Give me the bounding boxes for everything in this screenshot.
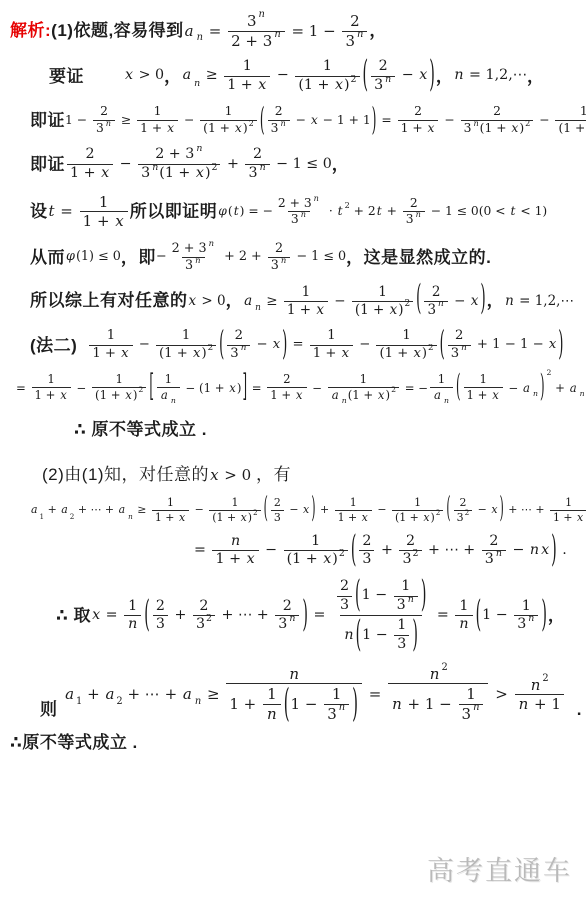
fence-glyph: ( [356, 617, 362, 653]
math-group: an [182, 685, 202, 704]
math-text: 1 − [362, 628, 392, 644]
math-variable: n [429, 666, 441, 683]
fence-content: 1 − 13n [361, 578, 421, 614]
numerator: 1 [357, 372, 370, 387]
fence-glyph: ( [440, 328, 445, 362]
fence-content: 1 − 13n [481, 598, 541, 634]
fraction: 11 + x [284, 284, 328, 319]
math-variable: n [415, 209, 422, 219]
math-variable: x [315, 303, 325, 318]
math-text: 1 [414, 497, 421, 509]
superscript: 2 [464, 509, 470, 516]
superscript: n [459, 344, 468, 353]
math-group: (1 + x)2 [395, 512, 440, 524]
fence-content: 23 + 232 + ⋯ + 23n [150, 598, 303, 634]
numerator: 2 [153, 598, 168, 616]
math-variable: x [377, 389, 386, 402]
math-group: t2 [337, 204, 350, 219]
math-line-12: a1 + a2 + ⋯ + an ≥ 11 + x − 1(1 + x)2(23… [4, 496, 582, 525]
fence-content: 23 − x [268, 496, 311, 525]
superscript: n [193, 256, 201, 264]
math-size-group: φ(t) = −2 + 3n3n · t2 + 2t + 23n − 1 ≤ 0… [217, 196, 547, 228]
math-text: − [115, 156, 136, 174]
math-text: 1 [225, 105, 233, 119]
denominator: n [124, 615, 141, 634]
math-variable: n [527, 613, 535, 624]
math-variable: n [384, 74, 392, 85]
fence-glyph: ( [219, 328, 224, 362]
numerator: 3n [244, 12, 269, 31]
math-group: (1 + x)2 [159, 166, 217, 182]
math-group: 3n [247, 13, 266, 30]
math-text: = [194, 542, 210, 560]
math-text: (1 + [379, 347, 412, 362]
numerator: 1 [399, 328, 413, 345]
numerator: n [227, 533, 244, 551]
math-text: 1 [438, 373, 445, 386]
fence-content: 23n + 1 − 1 − x [445, 328, 559, 362]
math-text: 1 [115, 373, 122, 386]
chinese-text: ， [548, 605, 566, 626]
math-variable: n [529, 542, 540, 560]
math-group: (1 + x)2 [480, 122, 531, 136]
fraction: 3n2 + 3n [228, 12, 285, 50]
math-line-16: ∴原不等式成立 . [4, 732, 582, 753]
math-text: 2 [275, 105, 283, 119]
math-text: 1 − [482, 607, 512, 625]
denominator: 1 + x [335, 510, 372, 525]
math-variable: n [288, 666, 300, 683]
math-text: ≥ [262, 293, 282, 310]
superscript: n [239, 344, 248, 353]
chinese-text: ， [226, 290, 244, 311]
fraction: n1 + 1n(1 − 13n) [226, 665, 362, 725]
fence: (1 − 13n) [476, 598, 547, 634]
fraction: 23n [448, 328, 471, 362]
subscript: 2 [115, 697, 122, 707]
math-group: 3n [263, 33, 282, 50]
math-text: 1 − [65, 113, 91, 128]
math-text: = [364, 685, 386, 704]
fraction: 232 [193, 598, 215, 634]
math-text: 2 [405, 299, 411, 309]
math-text: 3 [406, 213, 414, 227]
math-text: > [490, 685, 512, 704]
fence-content: 23n − x [224, 328, 282, 362]
math-text: 3 [185, 147, 194, 163]
math-text: (1 + [159, 347, 192, 362]
math-text: (1 + [298, 78, 334, 94]
math-variable: n [356, 29, 364, 40]
fraction: 1(1 + x)2 [200, 104, 257, 136]
math-text: − [330, 293, 350, 310]
numerator: 1 [222, 104, 236, 120]
math-text: 1 [360, 373, 367, 386]
superscript: n [471, 119, 479, 127]
subscript: n [253, 304, 262, 313]
math-text: 1 [47, 373, 54, 386]
superscript: 2 [390, 386, 396, 394]
math-group: 3n [374, 78, 392, 94]
subscript: n [169, 397, 177, 405]
math-text: − [261, 542, 282, 560]
math-text: + [82, 685, 104, 704]
denominator: 3n [403, 211, 425, 228]
math-text: 3 [274, 512, 281, 524]
fraction: n2n + 1 [515, 676, 564, 714]
subscript: n [192, 79, 201, 88]
fraction: 23n [482, 533, 506, 569]
subscript: n [531, 390, 539, 398]
math-variable: n [518, 696, 530, 713]
superscript: 2 [211, 163, 218, 172]
superscript: n [471, 703, 480, 713]
math-variable: n [532, 389, 539, 398]
denominator: (1 + x)2 [156, 345, 216, 363]
math-text: 1 [243, 59, 252, 75]
math-group: 3n [248, 166, 266, 182]
math-line-6: 从而φ(1) ≤ 0，即−2 + 3n3n + 2 + 23n − 1 ≤ 0，… [4, 241, 582, 274]
math-text: 3 [485, 552, 494, 568]
math-group: an [331, 389, 348, 402]
fence-content: 23n − x [368, 58, 429, 94]
math-text: 1 + [553, 512, 576, 524]
math-variable: a [104, 685, 115, 704]
denominator: n(1 − 13) [340, 615, 421, 654]
superscript: n [207, 239, 215, 247]
math-group: 3n [485, 552, 503, 568]
math-variable: n [208, 238, 215, 248]
math-variable: n [453, 67, 464, 85]
math-variable: x [540, 542, 550, 560]
chinese-text: ， [436, 66, 454, 87]
fraction: 23(1 − 13n)n(1 − 13) [332, 577, 430, 655]
math-variable: x [491, 389, 500, 402]
fraction: 11 + x [224, 58, 270, 94]
math-text: 1 [167, 497, 174, 509]
math-line-4: 即证21 + x − 2 + 3n3n(1 + x)2 + 23n − 1 ≤ … [4, 146, 582, 182]
math-variable: n [230, 534, 241, 550]
math-text: 1 [323, 59, 332, 75]
math-variable: x [234, 122, 243, 136]
chinese-text: 要证 [49, 66, 84, 87]
math-variable: t [48, 202, 56, 221]
fraction: 1(1 + x)2 [295, 58, 359, 94]
denominator: 3n [324, 704, 349, 724]
fence-content: 1an − (1 + x) [154, 372, 243, 403]
chinese-text: . [577, 699, 582, 720]
fence-glyph: ) [558, 328, 563, 362]
math-text: 2 [391, 385, 396, 394]
denominator: 2 + 3n [228, 31, 285, 51]
math-text: < 1) [516, 204, 547, 219]
math-text: ) = − [240, 204, 273, 219]
math-variable: t [337, 204, 344, 219]
math-text: 2 [547, 368, 552, 377]
superscript: n [287, 614, 296, 623]
math-text: ≥ [117, 113, 135, 128]
numerator: 1 [264, 685, 280, 704]
fraction: 11 + x [335, 496, 372, 525]
subscript: n [126, 513, 134, 520]
fraction: 23n(1 + x)2 [461, 104, 534, 136]
math-text: (1 + [212, 512, 239, 524]
math-line-11: (2)由(1)知，对任意的x > 0 ，有 [4, 464, 582, 485]
subscript: n [578, 390, 586, 398]
math-text: − [191, 503, 207, 517]
math-variable: x [188, 293, 198, 310]
math-text: 2 [350, 13, 360, 30]
fraction: 11 + x [80, 193, 128, 231]
math-text: 3 [278, 617, 287, 633]
math-variable: n [196, 32, 204, 43]
math-text: 2 [340, 579, 349, 595]
denominator: 1 + x [550, 510, 586, 525]
math-variable: x [166, 122, 175, 136]
math-group: (1 + x)2 [212, 512, 257, 524]
math-text: 2 [413, 548, 419, 559]
chinese-text: (法二) [30, 335, 77, 356]
math-text: 1 + [227, 78, 257, 94]
math-text: 2 [436, 508, 441, 517]
math-variable: x [310, 113, 319, 128]
denominator: n + 1 [515, 694, 564, 714]
math-text: + [376, 542, 397, 560]
math-group: (1 + x)2 [379, 347, 433, 362]
math-text: 1 [565, 497, 572, 509]
math-text: > 0 [220, 466, 256, 485]
math-text: 3 [185, 259, 193, 273]
math-text: 2 [351, 74, 357, 85]
fraction: 1(1 + x)2 [352, 284, 413, 319]
math-text: 1 [332, 686, 342, 703]
math-group: 3n [397, 598, 415, 614]
numerator: 1 [456, 598, 471, 616]
math-variable: n [579, 389, 586, 398]
math-group: an [433, 389, 450, 402]
chinese-text: (2)由(1)知，对任意的 [42, 464, 209, 485]
denominator: an [430, 387, 453, 403]
fraction: 1(1 + x)2 [156, 328, 216, 362]
denominator: 1 + x [152, 510, 189, 525]
math-text: (1 + [203, 122, 234, 136]
math-text: 1 + [215, 552, 245, 568]
math-text: + [316, 503, 332, 517]
denominator: an [157, 387, 180, 403]
math-text: − [309, 381, 326, 396]
math-variable: x [100, 166, 110, 182]
math-text: 3 [271, 122, 279, 136]
math-variable: n [472, 118, 479, 128]
math-text: 3 [451, 347, 459, 362]
fence-glyph: ( [363, 58, 369, 94]
math-group: 32 [196, 617, 212, 633]
math-text: 1 [378, 285, 387, 300]
fence-glyph: ) [352, 685, 358, 723]
math-text: − [355, 337, 374, 354]
math-line-14: ∴ 取x = 1n(23 + 232 + ⋯ + 23n) = 23(1 − 1… [4, 577, 582, 655]
numerator: 1 [151, 104, 165, 120]
superscript: 2 [248, 119, 254, 127]
math-variable: x [59, 389, 68, 402]
math-text: 3 [345, 33, 355, 50]
numerator: 2 + 3n [275, 196, 323, 212]
math-text: 2 [138, 385, 143, 394]
math-variable: x [178, 512, 186, 524]
math-text: 3 [291, 213, 299, 227]
denominator: 32 [193, 615, 215, 634]
fence: (23n + 1 − 1 − x) [440, 328, 564, 362]
math-group: a2 [60, 503, 74, 517]
math-text: (1 + [159, 166, 195, 182]
math-variable: x [302, 503, 310, 517]
math-text: 2 [199, 599, 208, 615]
denominator: 3n [182, 257, 205, 274]
math-text: 1 − [362, 588, 392, 604]
fraction: 1(1 + x)2 [284, 533, 348, 569]
math-text: = 1,2,⋯ [465, 67, 527, 85]
denominator: (1 + x)2 [555, 120, 586, 137]
superscript: n [312, 194, 320, 202]
superscript: 2 [252, 509, 258, 516]
fraction: 2 + 3n3n [275, 196, 323, 228]
fraction: 11 + x [550, 496, 586, 525]
math-group: (1 + x)2 [159, 347, 213, 362]
denominator: (1 + x)2 [352, 301, 413, 319]
fraction: 23 [153, 598, 168, 634]
numerator: 2 [271, 496, 284, 510]
math-text: 1 [267, 686, 277, 703]
solution-lines: 解析:(1)依题,容易得到an = 3n2 + 3n = 1 − 23n，要证x… [4, 12, 582, 754]
superscript: 2 [427, 344, 434, 353]
fence: (23n − x) [219, 328, 287, 362]
math-variable: n [127, 617, 138, 633]
fraction: 21 + x [67, 146, 113, 182]
math-variable: x [470, 293, 480, 310]
math-text: + [383, 204, 401, 219]
denominator: 1 + x [464, 387, 503, 403]
denominator: 32 [454, 510, 473, 525]
denominator: 1 + x [398, 120, 439, 137]
fraction: 1n [455, 598, 472, 634]
math-group: 32 [402, 552, 418, 568]
denominator: 1 + x [80, 211, 128, 231]
math-variable: n [458, 617, 469, 633]
fraction: 11 + x [89, 328, 132, 362]
math-line-8: (法二)11 + x − 1(1 + x)2(23n − x) = 11 + x… [4, 328, 582, 362]
math-text: 2 [432, 285, 441, 300]
denominator: n [263, 704, 281, 724]
superscript: 2 [205, 614, 212, 623]
fraction: 23n [245, 146, 269, 182]
denominator: 1 + x [67, 164, 113, 183]
math-group: an [184, 22, 204, 41]
math-text: 2 [362, 534, 371, 550]
subscript: 1 [75, 697, 82, 707]
math-variable: n [437, 299, 445, 309]
fraction: 11 + x [32, 372, 71, 403]
math-group: 3n [278, 617, 296, 633]
denominator: 3n [424, 301, 447, 319]
math-text: + ⋯ + [217, 607, 273, 625]
math-text: 1 + [270, 389, 295, 402]
fence-glyph: ) [540, 372, 545, 403]
fraction: 1(1 + x)2 [555, 104, 586, 136]
superscript: n [150, 163, 159, 172]
chinese-text: 即证 [30, 110, 65, 131]
math-text: 1 [522, 599, 531, 615]
chinese-text: ， [164, 66, 182, 87]
superscript: n [258, 163, 267, 172]
chinese-text: ， [487, 290, 505, 311]
superscript: 2 [207, 344, 214, 353]
math-text: 2 [86, 147, 95, 163]
denominator: 3n [394, 596, 418, 615]
math-line-9: = 11 + x − 1(1 + x)2[1an − (1 + x)] = 21… [4, 372, 582, 403]
fence-glyph: ) [551, 533, 557, 569]
chinese-text: ∴ 原不等式成立 . [74, 419, 207, 440]
math-text: 3 [156, 617, 165, 633]
fence: (11 + x − an) [456, 372, 545, 403]
numerator: 1 [375, 284, 390, 301]
fraction: 13n [514, 598, 538, 634]
math-text: + ⋯ + [424, 542, 480, 560]
math-text: 1 + [287, 303, 315, 318]
math-line-3: 即证1 − 23n ≥ 11 + x − 1(1 + x)2(23n − x −… [4, 104, 582, 136]
denominator: (1 + x)2 [200, 120, 257, 137]
numerator: 1 [179, 328, 193, 345]
numerator: 1 [125, 598, 140, 616]
numerator: 1 [577, 104, 586, 120]
math-text: − [450, 293, 470, 310]
math-variable: x [490, 503, 498, 517]
math-group: 3n [517, 617, 535, 633]
fraction: 23n [342, 12, 367, 50]
fraction: 13 [394, 617, 409, 653]
math-text: 2 [542, 673, 548, 684]
math-line-15: 则a1 + a2 + ⋯ + an ≥ n1 + 1n(1 − 13n) = n… [4, 665, 582, 725]
math-text: (1 + [287, 552, 323, 568]
math-text: 3 [462, 706, 472, 723]
math-text: 1 [397, 618, 406, 634]
chinese-text: 即证 [30, 154, 65, 175]
math-text: = [309, 607, 330, 625]
math-variable: n [279, 118, 286, 128]
math-text: 3 [199, 242, 207, 256]
fence-glyph: ) [412, 617, 418, 653]
fraction: 1n [263, 685, 281, 723]
chinese-text: ，即 [121, 247, 156, 268]
math-group: an [522, 381, 539, 396]
math-text: 2 [410, 197, 418, 211]
fence-content: 23n − x − 1 + 1 [265, 104, 372, 136]
math-size-group: −2 + 3n3n + 2 + 23n − 1 ≤ 0 [156, 241, 346, 274]
math-text: 2 [428, 343, 434, 353]
superscript: 2 [137, 386, 143, 394]
math-text: ≥ [202, 685, 224, 704]
math-group: 3n [185, 259, 202, 273]
math-line-13: = n1 + x − 1(1 + x)2(23 + 232 + ⋯ + 23n … [4, 533, 582, 569]
math-variable: n [338, 702, 346, 713]
fraction: 23 [359, 533, 374, 569]
math-text: 1 [580, 105, 586, 119]
subscript: n [340, 397, 348, 405]
fraction: 1(1 + x)2 [376, 328, 436, 362]
math-text: 3 [271, 259, 279, 273]
math-group: 3n [230, 347, 247, 362]
math-text: + [551, 381, 568, 396]
math-text: 1 + [140, 122, 166, 136]
